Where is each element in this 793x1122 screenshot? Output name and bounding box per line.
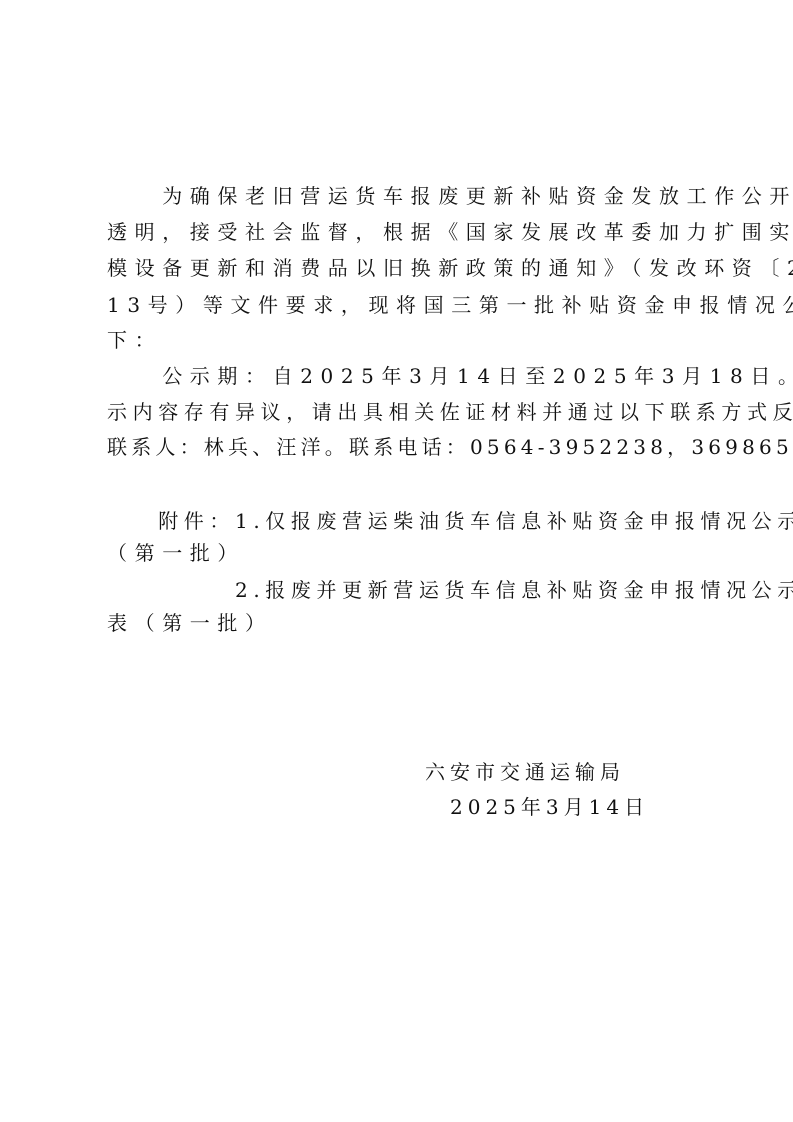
issuer-name: 六安市交通运输局 bbox=[425, 760, 625, 784]
issue-date: 2025年3月14日 bbox=[450, 795, 649, 819]
paragraph1-line3: 模设备更新和消费品以旧换新政策的通知》（发改环资〔2025〕 bbox=[107, 256, 793, 280]
paragraph1-line2: 透明，接受社会监督，根据《国家发展改革委加力扩围实施大规 bbox=[107, 220, 793, 244]
paragraph1-line1: 为确保老旧营运货车报废更新补贴资金发放工作公开、公正、 bbox=[107, 184, 793, 208]
attachment-line1: 附件：1.仅报废营运柴油货车信息补贴资金申报情况公示表 bbox=[107, 509, 793, 533]
paragraph2-line3: 联系人：林兵、汪洋。联系电话：0564-3952238，3698657。 bbox=[107, 435, 793, 459]
attachment-line4: 表（第一批） bbox=[107, 611, 273, 635]
attachment-line3: 2.报废并更新营运货车信息补贴资金申报情况公示 bbox=[107, 578, 793, 602]
paragraph2-line1: 公示期：自2025年3月14日至2025年3月18日。如对公 bbox=[107, 364, 793, 388]
paragraph1-line4: 13号）等文件要求，现将国三第一批补贴资金申报情况公示如 bbox=[107, 293, 793, 317]
paragraph2-line2: 示内容存有异议，请出具相关佐证材料并通过以下联系方式反映。 bbox=[107, 400, 793, 424]
attachment-line2: （第一批） bbox=[107, 541, 245, 565]
paragraph1-line5: 下： bbox=[107, 328, 162, 352]
